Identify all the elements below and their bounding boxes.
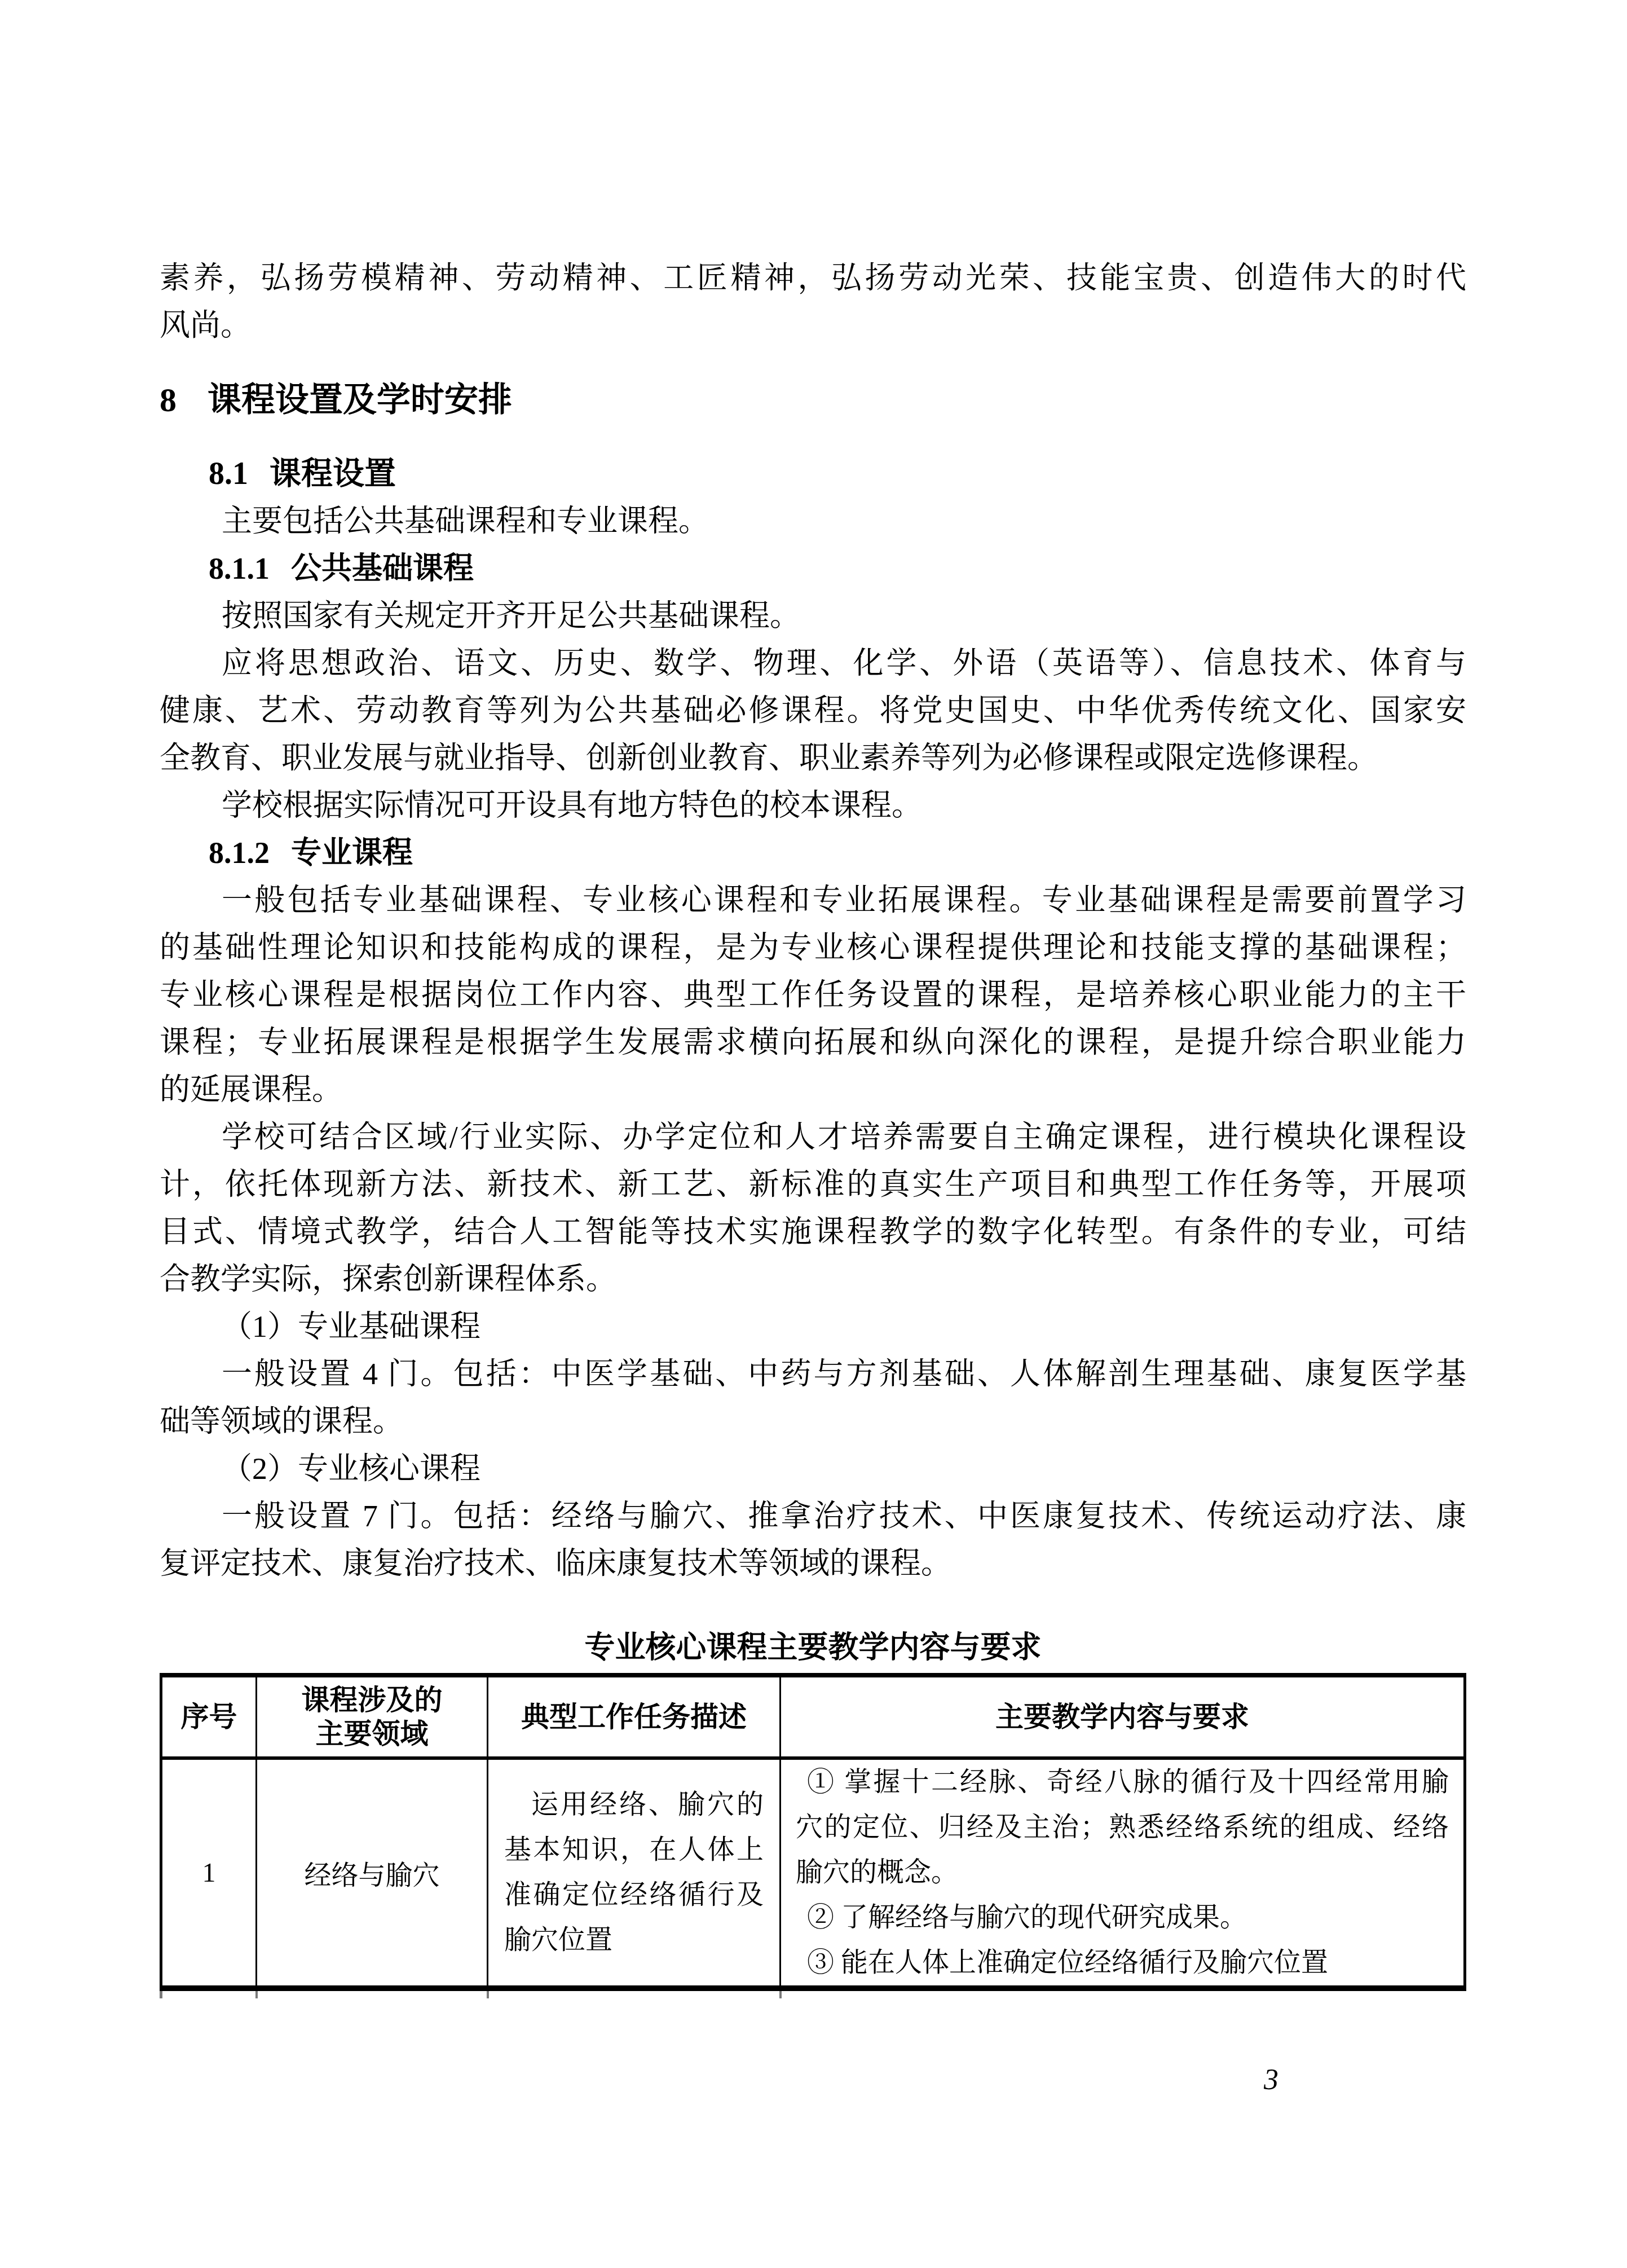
- section-title: 专业课程: [291, 836, 413, 870]
- paragraph-812-a: 一般包括专业基础课程、专业核心课程和专业拓展课程。专业基础课程是需要前置学习的基…: [160, 877, 1466, 1113]
- seq-value: 1: [202, 1857, 216, 1888]
- text-line: 础等领域的课程。: [160, 1398, 1466, 1445]
- column-rule-stub: [779, 1991, 782, 1998]
- text-line: 计，依托体现新方法、新技术、新工艺、新标准的真实生产项目和典型工作任务等，开展项: [160, 1161, 1466, 1208]
- text-line: 穴的定位、归经及主治；熟悉经络系统的组成、经络: [796, 1805, 1449, 1850]
- paragraph-812-basic-courses: 一般设置 4 门。包括：中医学基础、中药与方剂基础、人体解剖生理基础、康复医学基…: [160, 1350, 1466, 1445]
- section-number: 8: [160, 381, 177, 419]
- header-seq-label: 序号: [181, 1700, 237, 1734]
- section-title: 课程设置: [270, 455, 396, 491]
- document-page: 素养，弘扬劳模精神、劳动精神、工匠精神，弘扬劳动光荣、技能宝贵、创造伟大的时代风…: [0, 0, 1627, 2268]
- core-course-table: 序号 课程涉及的 主要领域 典型工作任务描述 主要教学内容与要求 1: [160, 1673, 1466, 1991]
- text-line: ② 了解经络与腧穴的现代研究成果。: [796, 1895, 1449, 1940]
- text-line: 应将思想政治、语文、历史、数学、物理、化学、外语（英语等）、信息技术、体育与: [160, 640, 1466, 687]
- text-line: 课程；专业拓展课程是根据学生发展需求横向拓展和纵向深化的课程，是提升综合职业能力: [160, 1019, 1466, 1066]
- text-line: ③ 能在人体上准确定位经络循行及腧穴位置: [796, 1940, 1449, 1985]
- cell-task: 运用经络、腧穴的基本知识，在人体上准确定位经络循行及腧穴位置: [488, 1760, 781, 1985]
- text-line: 学校根据实际情况可开设具有地方特色的校本课程。: [160, 782, 1466, 829]
- text-line: 专业核心课程是根据岗位工作内容、典型工作任务设置的课程，是培养核心职业能力的主干: [160, 971, 1466, 1019]
- cell-content: ① 掌握十二经脉、奇经八脉的循行及十四经常用腧穴的定位、归经及主治；熟悉经络系统…: [781, 1760, 1463, 1985]
- paragraph-811-b: 应将思想政治、语文、历史、数学、物理、化学、外语（英语等）、信息技术、体育与健康…: [160, 640, 1466, 782]
- text-line: 的延展课程。: [160, 1066, 1466, 1113]
- table-header-row: 序号 课程涉及的 主要领域 典型工作任务描述 主要教学内容与要求: [162, 1677, 1463, 1760]
- section-number: 8.1.1: [209, 552, 270, 585]
- paragraph-812-list1: （1）专业基础课程: [160, 1303, 1466, 1350]
- column-rule-stub: [160, 1991, 162, 1998]
- text-line: ① 掌握十二经脉、奇经八脉的循行及十四经常用腧: [796, 1760, 1449, 1805]
- text-line: 按照国家有关规定开齐开足公共基础课程。: [160, 592, 1466, 640]
- section-heading-8-1: 8.1课程设置: [160, 450, 1466, 497]
- column-rule-stub: [255, 1991, 258, 1998]
- section-number: 8.1: [209, 456, 248, 491]
- list-item: ③ 能在人体上准确定位经络循行及腧穴位置: [796, 1940, 1449, 1985]
- text-line: 合教学实际，探索创新课程体系。: [160, 1256, 1466, 1303]
- paragraph-812-core-courses: 一般设置 7 门。包括：经络与腧穴、推拿治疗技术、中医康复技术、传统运动疗法、康…: [160, 1492, 1466, 1587]
- paragraph-811-a: 按照国家有关规定开齐开足公共基础课程。: [160, 592, 1466, 640]
- table-row: 1 经络与腧穴 运用经络、腧穴的基本知识，在人体上准确定位经络循行及腧穴位置 ①…: [162, 1760, 1463, 1985]
- text-line: 准确定位经络循行及: [504, 1873, 764, 1918]
- paragraph-intro-continuation: 素养，弘扬劳模精神、劳动精神、工匠精神，弘扬劳动光荣、技能宝贵、创造伟大的时代风…: [160, 254, 1466, 349]
- column-rule-stub: [487, 1991, 489, 1998]
- header-seq: 序号: [162, 1677, 257, 1756]
- text-line: 主要包括公共基础课程和专业课程。: [160, 497, 1466, 545]
- text-line: 一般包括专业基础课程、专业核心课程和专业拓展课程。专业基础课程是需要前置学习: [160, 877, 1466, 924]
- cell-domain: 经络与腧穴: [257, 1760, 488, 1985]
- paragraph-812-b: 学校可结合区域/行业实际、办学定位和人才培养需要自主确定课程，进行模块化课程设计…: [160, 1113, 1466, 1303]
- text-line: 腧穴位置: [504, 1918, 764, 1963]
- list-item: ① 掌握十二经脉、奇经八脉的循行及十四经常用腧穴的定位、归经及主治；熟悉经络系统…: [796, 1760, 1449, 1895]
- text-line: 目式、情境式教学，结合人工智能等技术实施课程教学的数字化转型。有条件的专业，可结: [160, 1208, 1466, 1256]
- text-line: 健康、艺术、劳动教育等列为公共基础必修课程。将党史国史、中华优秀传统文化、国家安: [160, 687, 1466, 734]
- text-line: （1）专业基础课程: [160, 1303, 1466, 1350]
- paragraph-81-overview: 主要包括公共基础课程和专业课程。: [160, 497, 1466, 545]
- text-line: 的基础性理论知识和技能构成的课程，是为专业核心课程提供理论和技能支撑的基础课程；: [160, 924, 1466, 971]
- cell-seq: 1: [162, 1760, 257, 1985]
- text-line: 复评定技术、康复治疗技术、临床康复技术等领域的课程。: [160, 1540, 1466, 1587]
- section-heading-8-1-1: 8.1.1公共基础课程: [160, 545, 1466, 592]
- list-item: ② 了解经络与腧穴的现代研究成果。: [796, 1895, 1449, 1940]
- header-task: 典型工作任务描述: [488, 1677, 781, 1756]
- domain-value: 经络与腧穴: [304, 1853, 439, 1892]
- section-heading-8-1-2: 8.1.2专业课程: [160, 829, 1466, 877]
- text-line: 腧穴的概念。: [796, 1850, 1449, 1895]
- header-domain-line1: 课程涉及的: [302, 1683, 443, 1717]
- header-task-label: 典型工作任务描述: [521, 1700, 747, 1734]
- section-heading-8: 8课程设置及学时安排: [160, 376, 1466, 424]
- text-line: 素养，弘扬劳模精神、劳动精神、工匠精神，弘扬劳动光荣、技能宝贵、创造伟大的时代: [160, 254, 1466, 302]
- text-line: （2）专业核心课程: [160, 1445, 1466, 1492]
- text-line: 一般设置 4 门。包括：中医学基础、中药与方剂基础、人体解剖生理基础、康复医学基: [160, 1350, 1466, 1398]
- text-line: 风尚。: [160, 302, 1466, 349]
- table-column-stubs: [160, 1991, 1466, 2000]
- header-domain: 课程涉及的 主要领域: [257, 1677, 488, 1756]
- paragraph-812-list2: （2）专业核心课程: [160, 1445, 1466, 1492]
- page-content: 素养，弘扬劳模精神、劳动精神、工匠精神，弘扬劳动光荣、技能宝贵、创造伟大的时代风…: [0, 0, 1627, 2104]
- header-content: 主要教学内容与要求: [781, 1677, 1463, 1756]
- section-title: 公共基础课程: [291, 552, 474, 585]
- table-title: 专业核心课程主要教学内容与要求: [160, 1624, 1466, 1671]
- page-number: 3: [160, 2056, 1466, 2104]
- header-content-label: 主要教学内容与要求: [995, 1700, 1249, 1734]
- section-number: 8.1.2: [209, 836, 270, 870]
- text-line: 一般设置 7 门。包括：经络与腧穴、推拿治疗技术、中医康复技术、传统运动疗法、康: [160, 1492, 1466, 1540]
- paragraph-811-c: 学校根据实际情况可开设具有地方特色的校本课程。: [160, 782, 1466, 829]
- text-line: 运用经络、腧穴的: [504, 1782, 764, 1827]
- text-line: 学校可结合区域/行业实际、办学定位和人才培养需要自主确定课程，进行模块化课程设: [160, 1113, 1466, 1161]
- text-line: 全教育、职业发展与就业指导、创新创业教育、职业素养等列为必修课程或限定选修课程。: [160, 734, 1466, 782]
- text-line: 基本知识，在人体上: [504, 1827, 764, 1873]
- section-title: 课程设置及学时安排: [208, 381, 512, 419]
- header-domain-line2: 主要领域: [316, 1717, 429, 1751]
